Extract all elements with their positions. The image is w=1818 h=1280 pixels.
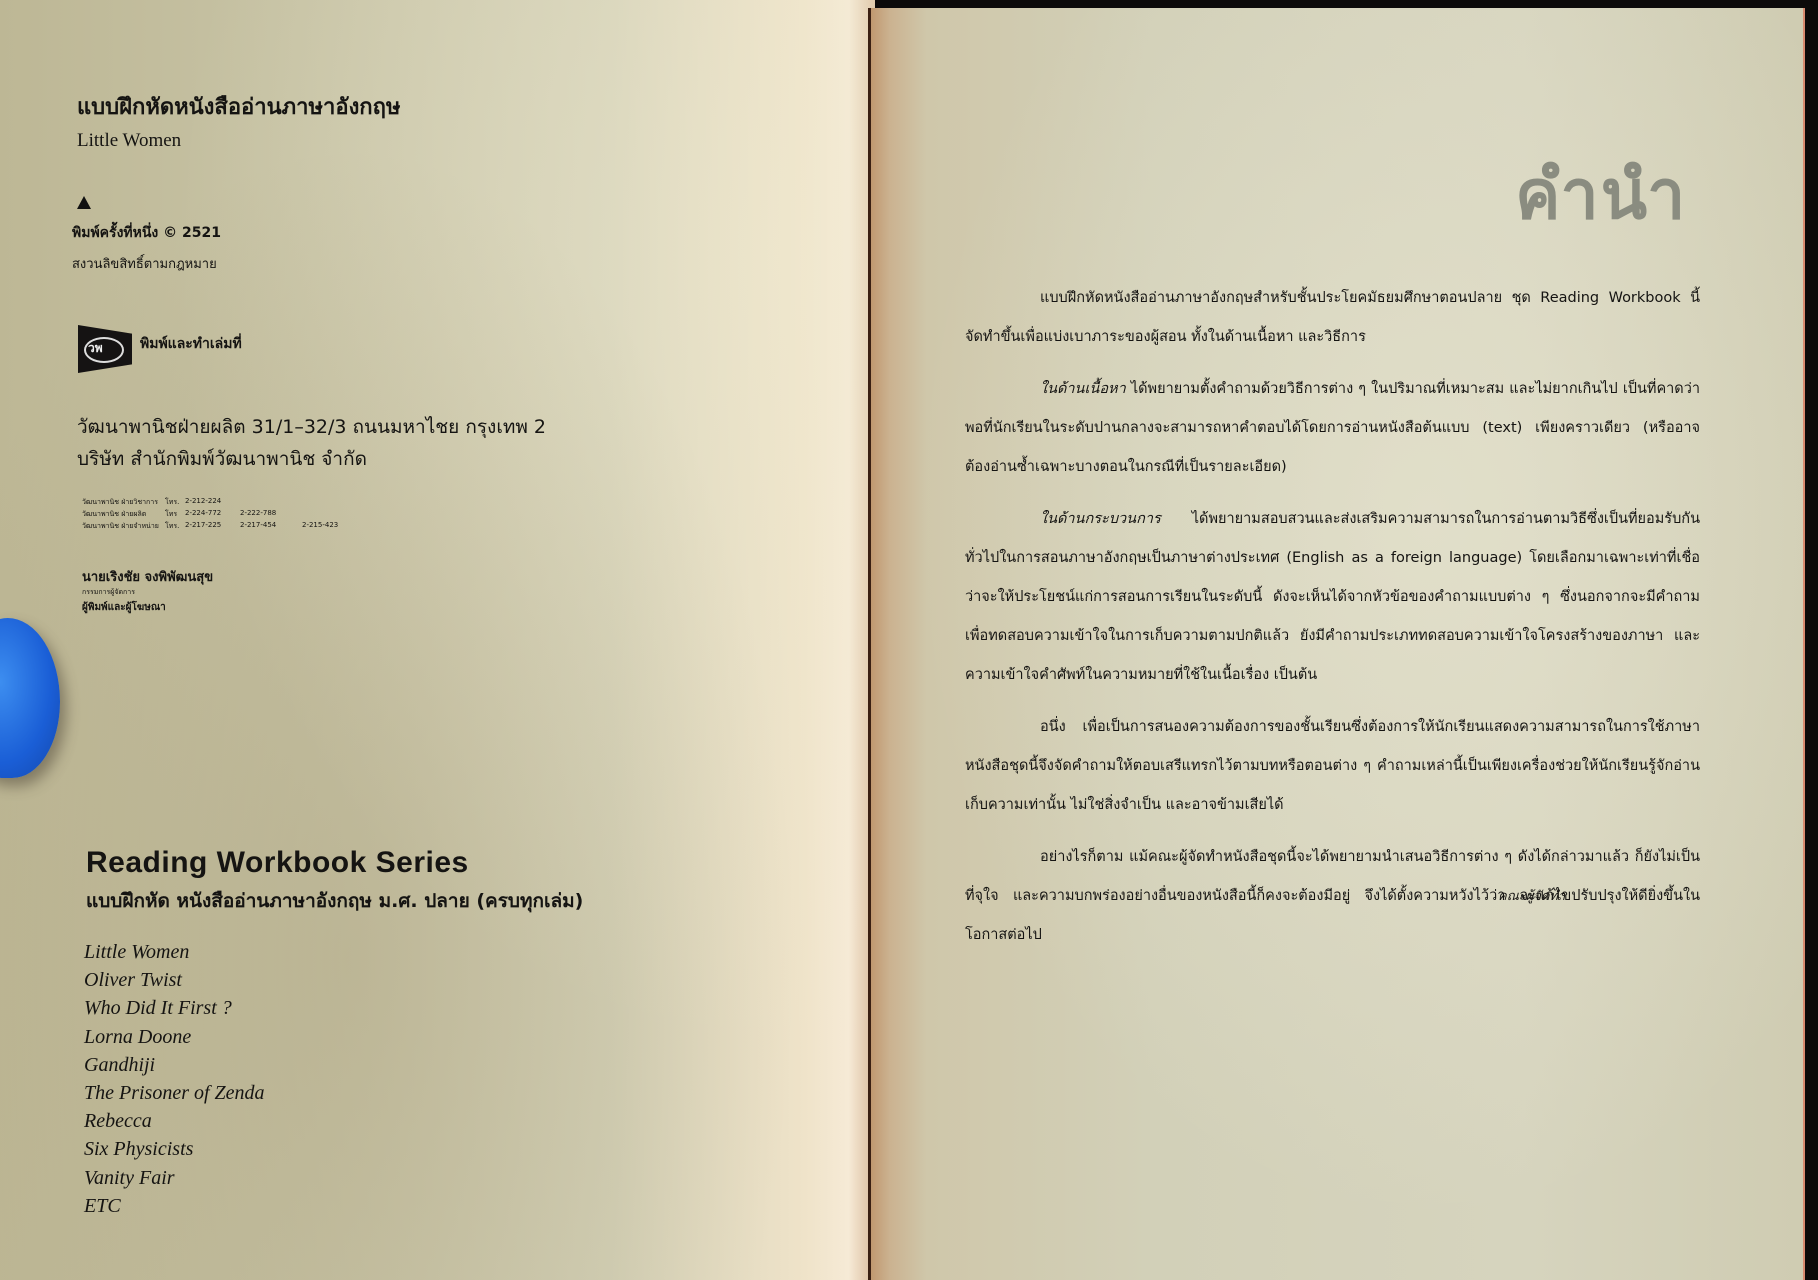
person-role-1: กรรมการผู้จัดการ — [82, 587, 135, 598]
book-list: Little Women Oliver Twist Who Did It Fir… — [84, 938, 265, 1220]
copyright-notice: สงวนลิขสิทธิ์ตามกฎหมาย — [72, 253, 217, 274]
phone-label: โทร — [165, 509, 185, 521]
book-list-item: The Prisoner of Zenda — [84, 1079, 265, 1107]
phone-number: 2-215-423 — [302, 521, 364, 533]
book-subtitle: Little Women — [77, 130, 181, 152]
printing-edition: พิมพ์ครั้งที่หนึ่ง © 2521 — [72, 222, 221, 244]
book-list-item: Oliver Twist — [84, 966, 265, 994]
logo-text: วพ — [88, 339, 103, 358]
preface-paragraph: ในด้านเนื้อหา ได้พยายามตั้งคำถามด้วยวิธี… — [965, 370, 1700, 487]
phone-label: โทร. — [165, 497, 185, 509]
preface-paragraph: แบบฝึกหัดหนังสืออ่านภาษาอังกฤษสำหรับชั้น… — [965, 279, 1700, 357]
phone-number: 2-222-788 — [240, 509, 302, 521]
paragraph-text: อย่างไรก็ตาม แม้คณะผู้จัดทำหนังสือชุดนี้… — [965, 849, 1700, 943]
book-list-item: Who Did It First ? — [84, 994, 265, 1022]
preface-paragraph: อย่างไรก็ตาม แม้คณะผู้จัดทำหนังสือชุดนี้… — [965, 838, 1700, 955]
paragraph-text: อนึ่ง เพื่อเป็นการสนองความต้องการของชั้น… — [965, 719, 1700, 813]
phone-dept: วัฒนาพานิช ฝ่ายจำหน่าย — [82, 521, 165, 533]
book-list-item: Rebecca — [84, 1107, 265, 1135]
book-list-item: Vanity Fair — [84, 1164, 265, 1192]
logo-caption: พิมพ์และทำเล่มที่ — [140, 333, 242, 355]
phone-label: โทร. — [165, 521, 185, 533]
book-list-item: Six Physicists — [84, 1135, 265, 1163]
preface-signature: คณะผู้จัดทำ — [1498, 885, 1565, 906]
publisher-logo-icon: วพ — [78, 325, 132, 373]
book-title-thai: แบบฝึกหัดหนังสืออ่านภาษาอังกฤษ — [77, 89, 400, 124]
phone-row: วัฒนาพานิช ฝ่ายจำหน่าย โทร. 2-217-225 2-… — [82, 521, 364, 533]
paragraph-lead: ในด้านเนื้อหา — [1040, 381, 1126, 397]
phone-row: วัฒนาพานิช ฝ่ายวิชาการ โทร. 2-212-224 — [82, 497, 364, 509]
book-list-item: ETC — [84, 1192, 265, 1220]
phone-number: 2-217-225 — [185, 521, 240, 533]
phone-dept: วัฒนาพานิช ฝ่ายวิชาการ — [82, 497, 165, 509]
paragraph-lead: ในด้านกระบวนการ — [1040, 511, 1161, 527]
publisher-person: นายเริงชัย จงพิพัฒนสุข — [82, 566, 213, 587]
book-list-item: Gandhiji — [84, 1051, 265, 1079]
paragraph-text: แบบฝึกหัดหนังสืออ่านภาษาอังกฤษสำหรับชั้น… — [965, 290, 1700, 345]
preface-body: แบบฝึกหัดหนังสืออ่านภาษาอังกฤษสำหรับชั้น… — [965, 279, 1700, 968]
series-title: Reading Workbook Series — [86, 846, 469, 880]
preface-paragraph: อนึ่ง เพื่อเป็นการสนองความต้องการของชั้น… — [965, 708, 1700, 825]
preface-heading: คำนำ — [1515, 140, 1687, 248]
series-subtitle-thai: แบบฝึกหัด หนังสืออ่านภาษาอังกฤษ ม.ศ. ปลา… — [86, 886, 583, 916]
person-role-2: ผู้พิมพ์และผู้โฆษณา — [82, 600, 166, 615]
book-list-item: Little Women — [84, 938, 265, 966]
publisher-company: บริษัท สำนักพิมพ์วัฒนาพานิช จำกัด — [77, 444, 367, 474]
left-page: แบบฝึกหัดหนังสืออ่านภาษาอังกฤษ Little Wo… — [0, 0, 875, 1280]
paragraph-text: ได้พยายามสอบสวนและส่งเสริมความสามารถในกา… — [965, 511, 1700, 683]
phone-number: 2-224-772 — [185, 509, 240, 521]
phone-number: 2-217-454 — [240, 521, 302, 533]
phone-row: วัฒนาพานิช ฝ่ายผลิต โทร 2-224-772 2-222-… — [82, 509, 364, 521]
publisher-address: วัฒนาพานิชฝ่ายผลิต 31/1–32/3 ถนนมหาไชย ก… — [77, 412, 546, 442]
preface-paragraph: ในด้านกระบวนการ ได้พยายามสอบสวนและส่งเสร… — [965, 500, 1700, 695]
triangle-icon — [77, 196, 91, 209]
phone-dept: วัฒนาพานิช ฝ่ายผลิต — [82, 509, 165, 521]
phone-number: 2-212-224 — [185, 497, 240, 509]
phone-directory: วัฒนาพานิช ฝ่ายวิชาการ โทร. 2-212-224 วั… — [82, 497, 364, 533]
book-list-item: Lorna Doone — [84, 1023, 265, 1051]
thumb-cover-blue — [0, 618, 60, 778]
